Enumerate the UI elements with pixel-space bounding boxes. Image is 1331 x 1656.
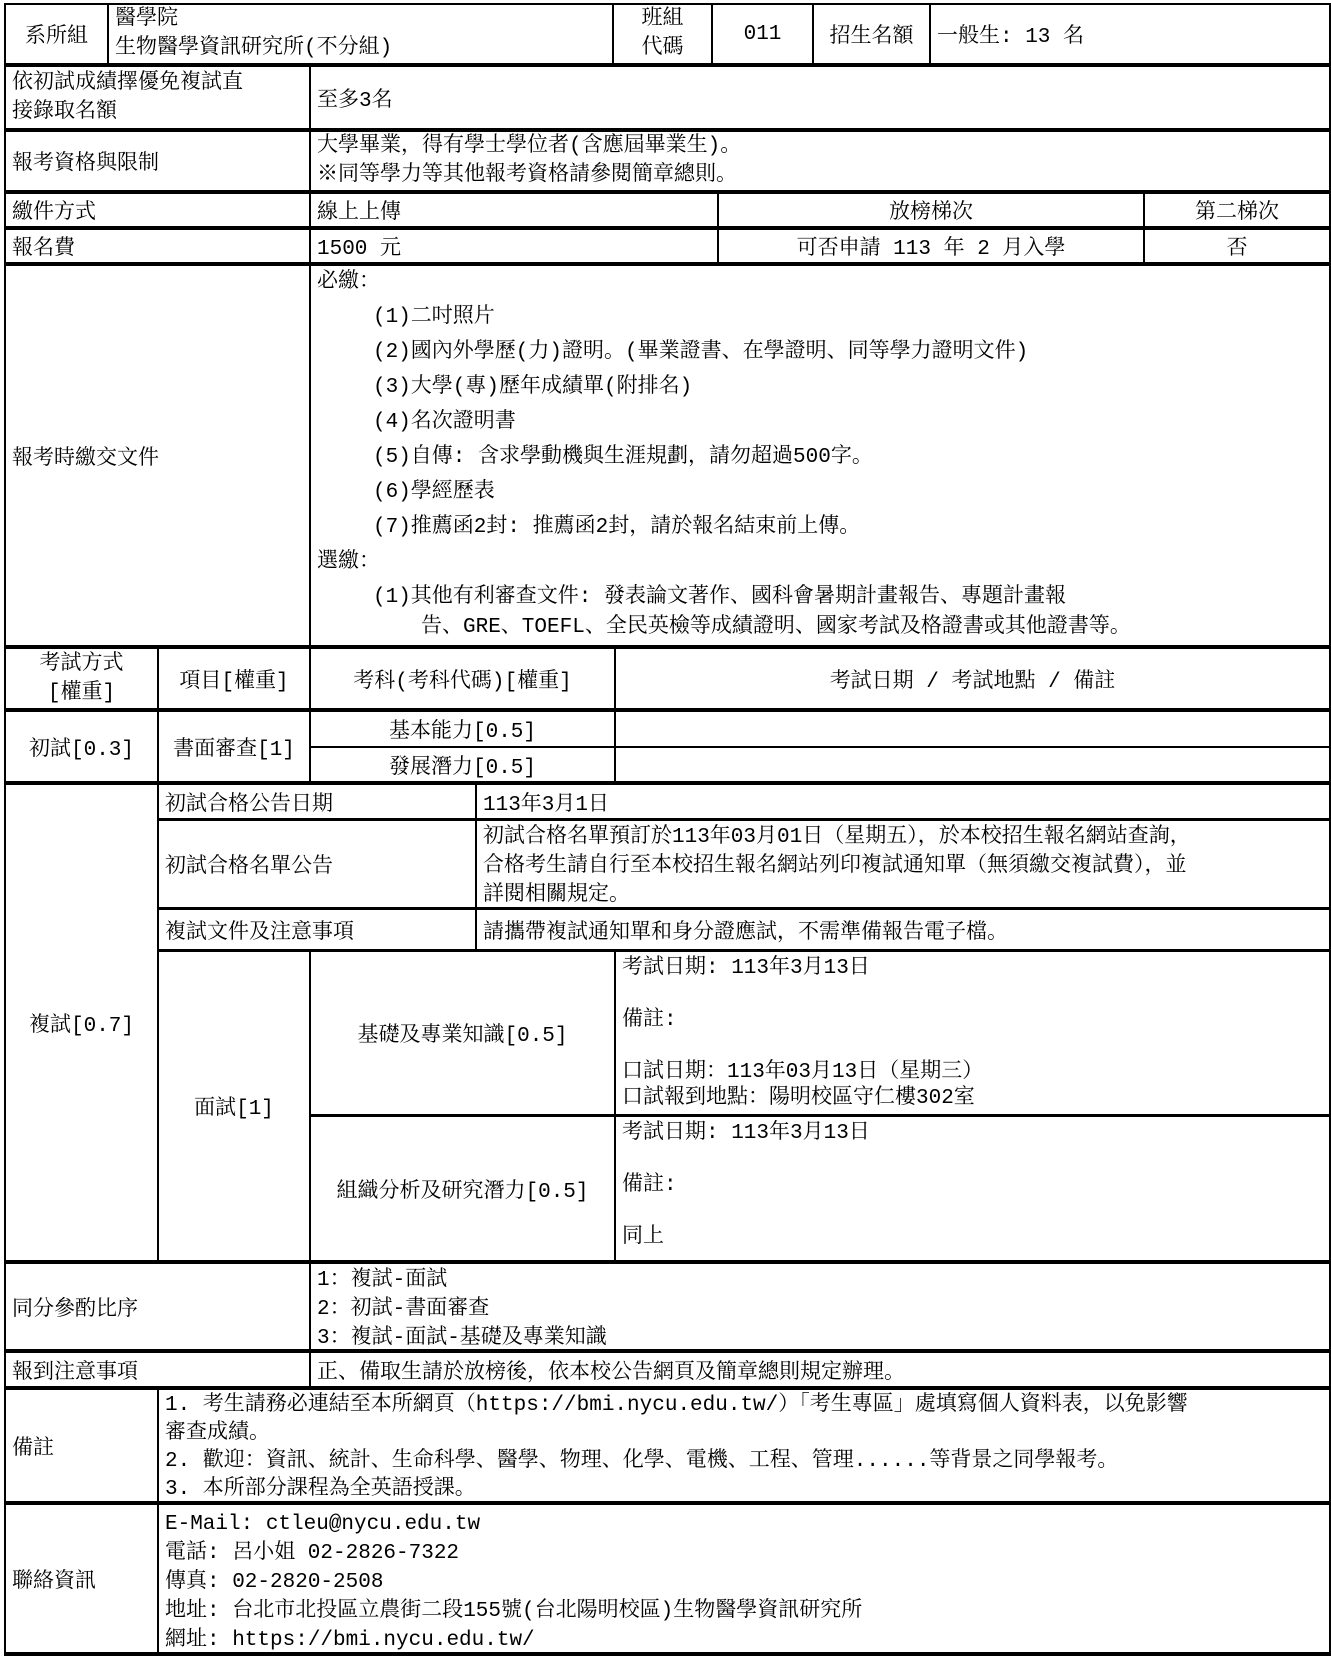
documents-line: 必繳： [317, 268, 1323, 298]
documents-list: 必繳： (1)二吋照片 (2)國內外學歷(力)證明。(畢業證書、在學證明、同等學… [311, 266, 1329, 645]
row-contact: 聯絡資訊 E-Mail: ctleu@nycu.edu.tw 電話: 呂小姐 0… [6, 1505, 1329, 1652]
fee-value: 1500 元 [311, 230, 719, 262]
class-code-label: 班組 代碼 [614, 5, 713, 63]
contact-website: 網址: https://bmi.nycu.edu.tw/ [165, 1626, 1323, 1652]
tiebreak-label: 同分參酌比序 [6, 1264, 311, 1349]
retest-docs-label: 複試文件及注意事項 [159, 910, 477, 949]
documents-line: 選繳： [317, 548, 1323, 578]
row-fee: 報名費 1500 元 可否申請 113 年 2 月入學 否 [6, 230, 1329, 266]
tiebreak-line: 2：初試-書面審查 [317, 1295, 1323, 1324]
documents-line: (1)二吋照片 [317, 303, 1323, 333]
exam-subject-header: 考科(考科代碼)[權重] [311, 649, 616, 708]
release-round-value: 第二梯次 [1145, 194, 1329, 226]
contact-address: 地址: 台北市北投區立農街二段155號(台北陽明校區)生物醫學資訊研究所 [165, 1597, 1323, 1626]
interview-subject-1: 基礎及專業知識[0.5] [311, 952, 616, 1114]
feb-entry-value: 否 [1145, 230, 1329, 262]
remarks-line: 2. 歡迎：資訊、統計、生命科學、醫學、物理、化學、電機、工程、管理......… [165, 1448, 1323, 1476]
documents-line: (1)其他有利審查文件: 發表論文著作、國科會暑期計畫報告、專題計畫報 [317, 583, 1323, 613]
row-remarks: 備註 1. 考生請務必連結至本所網頁（https://bmi.nycu.edu.… [6, 1390, 1329, 1505]
contact-email: E-Mail: ctleu@nycu.edu.tw [165, 1510, 1323, 1539]
announce-list-label: 初試合格名單公告 [159, 821, 477, 907]
announce-list-value: 初試合格名單預訂於113年03月01日（星期五），於本校招生報名網站查詢， 合格… [477, 821, 1329, 907]
tiebreak-line: 1：複試-面試 [317, 1266, 1323, 1295]
dept-name-text: 醫學院 生物醫學資訊研究所(不分組) [115, 5, 392, 63]
remarks-line: 1. 考生請務必連結至本所網頁（https://bmi.nycu.edu.tw/… [165, 1392, 1323, 1420]
documents-line: (6)學經歷表 [317, 478, 1323, 508]
contact-fax: 傳真: 02-2820-2508 [165, 1568, 1323, 1597]
documents-line: (2)國內外學歷(力)證明。(畢業證書、在學證明、同等學力證明文件) [317, 338, 1323, 368]
row-department: 系所組 醫學院 生物醫學資訊研究所(不分組) 班組 代碼 011 招生名額 一般… [6, 5, 1329, 67]
documents-line: (3)大學(專)歷年成績單(附排名) [317, 373, 1323, 403]
first-stage-schedule-2 [616, 748, 1329, 782]
admission-info-table: 系所組 醫學院 生物醫學資訊研究所(不分組) 班組 代碼 011 招生名額 一般… [4, 3, 1331, 1656]
row-documents: 報考時繳交文件 必繳： (1)二吋照片 (2)國內外學歷(力)證明。(畢業證書、… [6, 266, 1329, 649]
first-stage-item: 書面審查[1] [159, 712, 311, 781]
documents-line: 告、GRE、TOEFL、全民英檢等成績證明、國家考試及格證書或其他證書等。 [317, 613, 1323, 643]
eligibility-value: 大學畢業，得有學士學位者(含應屆畢業生)。 ※同等學力等其他報考資格請參閱簡章總… [311, 132, 1329, 190]
dept-group-label: 系所組 [6, 5, 109, 63]
row-tiebreak: 同分參酌比序 1：複試-面試 2：初試-書面審查 3：複試-面試-基礎及專業知識 [6, 1264, 1329, 1353]
contact-label: 聯絡資訊 [6, 1505, 159, 1652]
announce-date-label: 初試合格公告日期 [159, 785, 477, 818]
announce-date-value: 113年3月1日 [477, 785, 1329, 818]
remarks-line: 審查成績。 [165, 1420, 1323, 1448]
row-registration: 報到注意事項 正、備取生請於放榜後，依本校公告網頁及簡章總則規定辦理。 [6, 1353, 1329, 1390]
submission-value: 線上上傳 [311, 194, 719, 226]
first-stage-subject-1: 基本能力[0.5] [311, 712, 616, 746]
exempt-quota-value: 至多3名 [311, 67, 1329, 128]
remarks-label: 備註 [6, 1390, 159, 1501]
feb-entry-label: 可否申請 113 年 2 月入學 [719, 230, 1145, 262]
tiebreak-list: 1：複試-面試 2：初試-書面審查 3：複試-面試-基礎及專業知識 [311, 1264, 1329, 1349]
announce-date-row: 初試合格公告日期 113年3月1日 [159, 785, 1329, 821]
eligibility-label: 報考資格與限制 [6, 132, 311, 190]
documents-line: (4)名次證明書 [317, 408, 1323, 438]
documents-line: (7)推薦函2封: 推薦函2封，請於報名結束前上傳。 [317, 513, 1323, 543]
row-exam-header: 考試方式 [權重] 項目[權重] 考科(考科代碼)[權重] 考試日期 / 考試地… [6, 649, 1329, 712]
quota-label: 招生名額 [814, 5, 931, 63]
interview-subject-2: 組織分析及研究潛力[0.5] [311, 1117, 616, 1260]
announce-list-row: 初試合格名單公告 初試合格名單預訂於113年03月01日（星期五），於本校招生報… [159, 821, 1329, 910]
first-stage-subrow: 基本能力[0.5] [311, 712, 1329, 748]
first-stage-method: 初試[0.3] [6, 712, 159, 781]
row-eligibility: 報考資格與限制 大學畢業，得有學士學位者(含應屆畢業生)。 ※同等學力等其他報考… [6, 132, 1329, 194]
remarks-list: 1. 考生請務必連結至本所網頁（https://bmi.nycu.edu.tw/… [159, 1390, 1329, 1501]
interview-item: 面試[1] [159, 952, 311, 1260]
tiebreak-line: 3：複試-面試-基礎及專業知識 [317, 1324, 1323, 1349]
institute-name: 生物醫學資訊研究所(不分組) [115, 34, 392, 63]
remarks-line: 3. 本所部分課程為全英語授課。 [165, 1476, 1323, 1501]
registration-value: 正、備取生請於放榜後，依本校公告網頁及簡章總則規定辦理。 [311, 1353, 1329, 1386]
retest-docs-row: 複試文件及注意事項 請攜帶複試通知單和身分證應試，不需準備報告電子檔。 [159, 910, 1329, 952]
class-code-value: 011 [713, 5, 814, 63]
interview-detail-1: 考試日期: 113年3月13日 備註: 口試日期：113年03月13日（星期三）… [616, 952, 1329, 1114]
submission-label: 繳件方式 [6, 194, 311, 226]
contact-list: E-Mail: ctleu@nycu.edu.tw 電話: 呂小姐 02-282… [159, 1505, 1329, 1652]
first-stage-schedule-1 [616, 712, 1329, 746]
college-name: 醫學院 [115, 5, 392, 34]
fee-label: 報名費 [6, 230, 311, 262]
documents-label: 報考時繳交文件 [6, 266, 311, 645]
first-stage-subrow: 發展潛力[0.5] [311, 748, 1329, 782]
exam-item-header: 項目[權重] [159, 649, 311, 708]
interview-subrow-2: 組織分析及研究潛力[0.5] 考試日期: 113年3月13日 備註: 同上 [311, 1117, 1329, 1260]
row-exempt-quota: 依初試成績擇優免複試直 接錄取名額 至多3名 [6, 67, 1329, 132]
second-stage-method: 複試[0.7] [6, 785, 159, 1260]
documents-line: (5)自傳: 含求學動機與生涯規劃，請勿超過500字。 [317, 443, 1323, 473]
dept-name-cell: 醫學院 生物醫學資訊研究所(不分組) [109, 5, 614, 63]
exam-schedule-header: 考試日期 / 考試地點 / 備註 [616, 649, 1329, 708]
release-round-label: 放榜梯次 [719, 194, 1145, 226]
interview-subrow-1: 基礎及專業知識[0.5] 考試日期: 113年3月13日 備註: 口試日期：11… [311, 952, 1329, 1117]
retest-docs-value: 請攜帶複試通知單和身分證應試，不需準備報告電子檔。 [477, 910, 1329, 949]
registration-label: 報到注意事項 [6, 1353, 311, 1386]
first-stage-subject-2: 發展潛力[0.5] [311, 748, 616, 782]
row-second-stage: 複試[0.7] 初試合格公告日期 113年3月1日 初試合格名單公告 初試合格名… [6, 785, 1329, 1264]
exam-method-header: 考試方式 [權重] [6, 649, 159, 708]
interview-detail-2: 考試日期: 113年3月13日 備註: 同上 [616, 1117, 1329, 1260]
quota-value: 一般生: 13 名 [931, 5, 1329, 63]
exempt-quota-label: 依初試成績擇優免複試直 接錄取名額 [6, 67, 311, 128]
row-first-stage: 初試[0.3] 書面審查[1] 基本能力[0.5] 發展潛力[0.5] [6, 712, 1329, 785]
row-submission: 繳件方式 線上上傳 放榜梯次 第二梯次 [6, 194, 1329, 230]
contact-phone: 電話: 呂小姐 02-2826-7322 [165, 1539, 1323, 1568]
interview-block: 面試[1] 基礎及專業知識[0.5] 考試日期: 113年3月13日 備註: 口… [159, 952, 1329, 1260]
